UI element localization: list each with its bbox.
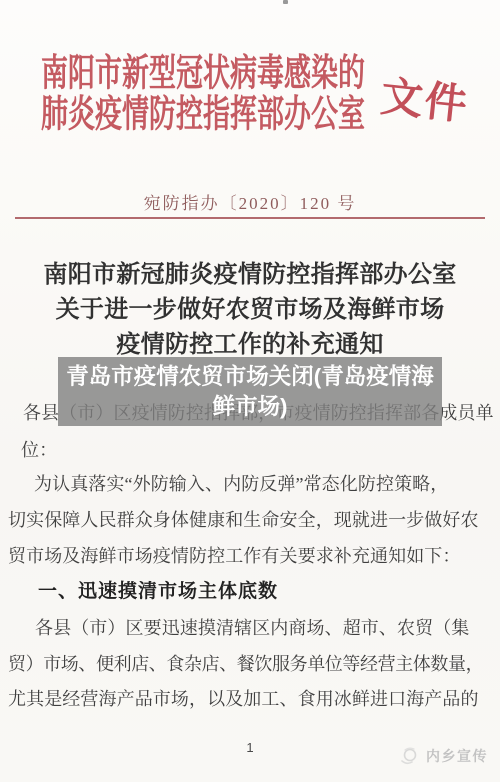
body-line: 贸）市场、便利店、食杂店、餐饮服务单位等经营主体数量， xyxy=(8,653,494,675)
body-line: 尤其是经营海产品市场，以及加工、食用冰鲜进口海产品的 xyxy=(8,688,494,710)
document-title: 南阳市新冠肺炎疫情防控指挥部办公室 关于进一步做好农贸市场及海鲜市场 疫情防控工… xyxy=(0,258,500,363)
body-line: 贸市场及海鲜市场疫情防控工作有关要求补充通知如下： xyxy=(8,545,494,567)
watermark-logo-icon xyxy=(399,746,421,766)
document-title-line2: 关于进一步做好农贸市场及海鲜市场 xyxy=(0,293,500,328)
body-line: 位： xyxy=(8,439,494,461)
body-line: 各县（市）区要迅速摸清辖区内商场、超市、农贸（集 xyxy=(8,617,494,639)
section-heading: 一、迅速摸清市场主体底数 xyxy=(8,581,494,603)
red-divider-line xyxy=(15,217,485,219)
letterhead-org-line2: 肺炎疫情防控指挥部办公室 xyxy=(41,96,365,133)
letterhead-org-line1: 南阳市新型冠状病毒感染的 xyxy=(41,55,365,92)
watermark: 内乡宣传 xyxy=(399,746,488,766)
document-photo: 南阳市新型冠状病毒感染的 肺炎疫情防控指挥部办公室 文件 宛防指办〔2020〕1… xyxy=(0,0,500,782)
caption-overlay-title: 青岛市疫情农贸市场关闭(青岛疫情海 鲜市场) xyxy=(58,357,442,426)
caption-line1: 青岛市疫情农贸市场关闭(青岛疫情海 xyxy=(66,362,434,392)
document-number: 宛防指办〔2020〕120 号 xyxy=(0,189,500,214)
document-title-line1: 南阳市新冠肺炎疫情防控指挥部办公室 xyxy=(0,258,500,293)
scan-speck xyxy=(283,0,288,4)
watermark-label: 内乡宣传 xyxy=(426,746,488,766)
caption-line2: 鲜市场) xyxy=(213,392,288,422)
body-line: 为认真落实“外防输入、内防反弹”常态化防控策略， xyxy=(8,473,494,495)
body-line: 切实保障人民群众身体健康和生命安全，现就进一步做好农 xyxy=(8,509,494,531)
letterhead-document-word: 文件 xyxy=(378,64,472,133)
